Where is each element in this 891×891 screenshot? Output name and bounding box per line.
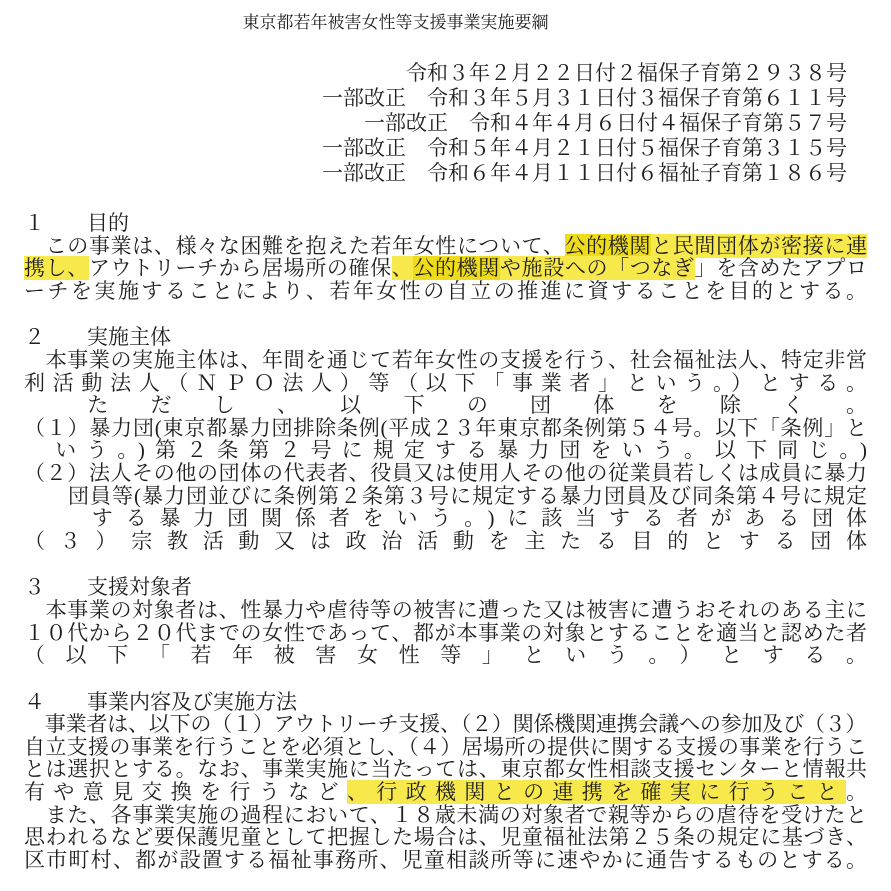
- revision-line: 一部改正 令和６年４月１１日付６福祉子育第１８６号: [24, 161, 847, 186]
- section-target: ３支援対象者 本事業の対象者は、性暴力や虐待等の被害に遭った又は被害に遭うおそれ…: [24, 576, 867, 666]
- section-number: ２: [24, 326, 45, 349]
- revision-block: 令和３年２月２２日付２福保子育第２９３８号一部改正 令和３年５月３１日付３福保子…: [24, 61, 867, 186]
- revision-line: 令和３年２月２２日付２福保子育第２９３８号: [24, 61, 847, 86]
- document-line: （２）法人その他の団体の代表者、役員又は使用人その他の従業員若しくは成員に暴力: [24, 462, 867, 485]
- section-content-method: ４事業内容及び実施方法 事業者は、以下の（１）アウトリーチ支援、（２）関係機関連…: [24, 691, 867, 872]
- text-segment: とは選択とする。なお、事業実施に当たっては、東京都女性相談支援センターと情報共: [24, 757, 867, 781]
- document-body: １目的 この事業は、様々な困難を抱えた若年女性について、公的機関と民間団体が密接…: [24, 212, 867, 871]
- highlighted-text: と民間団体が密接に連: [651, 234, 867, 258]
- document-line: 区市町村、都が設置する福祉事務所、児童相談所等に速やかに通告するものとする。: [24, 849, 867, 872]
- text-segment: １０代から２０代までの女性であって、都が本事業の対象とすることを適当と認めた者: [24, 621, 867, 645]
- document-line: １０代から２０代までの女性であって、都が本事業の対象とすることを適当と認めた者: [24, 622, 867, 645]
- document-line: ーチを実施することにより、若年女性の自立の推進に資することを目的とする。: [24, 280, 867, 303]
- document-line: ただし、以下の団体を除く。: [24, 394, 867, 417]
- document-line: また、各事業実施の過程において、１８歳未満の対象者で親等からの虐待を受けたと: [24, 804, 867, 827]
- text-segment: 団員等(暴力団並びに条例第２条第３号に規定する暴力団員及び同条第４号に規定: [24, 484, 867, 508]
- text-segment: 本事業の対象者は、性暴力や虐待等の被害に遭った又は被害に遭うおそれのある主に: [24, 598, 867, 622]
- text-segment: また、各事業実施の過程において、１８歳未満の対象者で親等からの虐待を受けたと: [24, 803, 867, 827]
- text-segment: 有や意見交換を行うなど: [24, 780, 347, 804]
- document-line: とは選択とする。なお、事業実施に当たっては、東京都女性相談支援センターと情報共: [24, 758, 867, 781]
- text-segment: する暴力団関係者をいう。)に該当する者がある団体: [24, 506, 867, 530]
- text-segment: いう。)第２条第２号に規定する暴力団をいう。以下同じ。): [24, 438, 867, 462]
- text-segment: （３）宗教活動又は政治活動を主たる目的とする団体: [24, 529, 867, 553]
- highlighted-text: や施設への「つなぎ: [500, 256, 695, 280]
- section-heading-text: 事業内容及び実施方法: [87, 690, 297, 714]
- text-segment: （１）暴力団(東京都暴力団排除条例(平成２３年東京都条例第５４号。以下「条例」と: [24, 416, 867, 440]
- document-line: 利活動法人（ＮＰＯ法人）等（以下「事業者」という。）とする。: [24, 372, 867, 395]
- document-line: いう。)第２条第２号に規定する暴力団をいう。以下同じ。): [24, 439, 867, 462]
- document-line: 本事業の実施主体は、年間を通じて若年女性の支援を行う、社会福祉法人、特定非営: [24, 349, 867, 372]
- text-segment: （２）法人その他の団体の代表者、役員又は使用人その他の従業員若しくは成員に暴力: [24, 461, 867, 485]
- section-operator: ２実施主体 本事業の実施主体は、年間を通じて若年女性の支援を行う、社会福祉法人、…: [24, 326, 867, 552]
- highlighted-text: 携し、: [24, 256, 89, 280]
- document-line: 思われるなど要保護児童として把握した場合は、児童福祉法第２５条の規定に基づき、: [24, 826, 867, 849]
- highlighted-text: 公的機関: [565, 234, 652, 258]
- text-segment: 事業者は、以下の（１）アウトリーチ支援、（２）関係機関連携会議への参加及び（３）: [24, 712, 866, 736]
- document-line: （３）宗教活動又は政治活動を主たる目的とする団体: [24, 530, 867, 553]
- text-segment: （以下「若年被害女性等」という。）とする。: [24, 643, 867, 667]
- document-line: （以下「若年被害女性等」という。）とする。: [24, 644, 867, 667]
- section-heading: ３支援対象者: [24, 576, 867, 599]
- revision-line: 一部改正 令和５年４月２１日付５福保子育第３１５号: [24, 136, 847, 161]
- document-title: 東京都若年被害女性等支援事業実施要綱: [24, 12, 867, 34]
- section-heading-text: 実施主体: [87, 325, 171, 349]
- text-segment: 区市町村、都が設置する福祉事務所、児童相談所等に速やかに通告するものとする。: [24, 848, 867, 872]
- text-segment: ただし、以下の団体を除く。: [24, 393, 867, 417]
- document-line: する暴力団関係者をいう。)に該当する者がある団体: [24, 507, 867, 530]
- revision-line: 一部改正 令和４年４月６日付４福保子育第５７号: [24, 111, 847, 136]
- text-segment: 利活動法人（ＮＰＯ法人）等（以下「事業者」という。）とする。: [24, 371, 867, 395]
- page: { "page": { "background": "#ffffff", "te…: [0, 0, 891, 891]
- text-segment: 自立支援の事業を行うことを必須とし、（４）居場所の提供に関する支援の事業を行うこ: [24, 735, 867, 759]
- section-heading: ４事業内容及び実施方法: [24, 691, 867, 714]
- section-number: １: [24, 212, 45, 235]
- highlighted-text: 、: [392, 256, 414, 280]
- document-line: 自立支援の事業を行うことを必須とし、（４）居場所の提供に関する支援の事業を行うこ: [24, 736, 867, 759]
- text-segment: 。: [846, 780, 867, 804]
- section-heading: ２実施主体: [24, 326, 867, 349]
- text-segment: 本事業の実施主体は、年間を通じて若年女性の支援を行う、社会福祉法人、特定非営: [24, 348, 867, 372]
- document-line: 事業者は、以下の（１）アウトリーチ支援、（２）関係機関連携会議への参加及び（３）: [24, 713, 867, 736]
- revision-line: 一部改正 令和３年５月３１日付３福保子育第６１１号: [24, 86, 847, 111]
- section-number: ３: [24, 576, 45, 599]
- text-segment: 」を含めたアプロ: [695, 256, 867, 280]
- highlighted-text: 、行政機関との連携を確実に行うこと: [347, 780, 846, 804]
- text-segment: ーチを実施することにより、若年女性の自立の推進に資することを目的とする。: [24, 279, 867, 303]
- document-line: （１）暴力団(東京都暴力団排除条例(平成２３年東京都条例第５４号。以下「条例」と: [24, 417, 867, 440]
- highlighted-text: 公的機関: [413, 256, 500, 280]
- document-line: 携し、アウトリーチから居場所の確保、公的機関や施設への「つなぎ」を含めたアプロ: [24, 257, 867, 280]
- text-segment: この事業は、様々な困難を抱えた若年女性について、: [24, 234, 565, 258]
- document-line: この事業は、様々な困難を抱えた若年女性について、公的機関と民間団体が密接に連: [24, 235, 867, 258]
- section-heading: １目的: [24, 212, 867, 235]
- document-line: 本事業の対象者は、性暴力や虐待等の被害に遭った又は被害に遭うおそれのある主に: [24, 599, 867, 622]
- section-heading-text: 目的: [87, 211, 129, 235]
- document: 東京都若年被害女性等支援事業実施要綱 令和３年２月２２日付２福保子育第２９３８号…: [0, 0, 891, 871]
- document-line: 有や意見交換を行うなど、行政機関との連携を確実に行うこと。: [24, 781, 867, 804]
- document-line: 団員等(暴力団並びに条例第２条第３号に規定する暴力団員及び同条第４号に規定: [24, 485, 867, 508]
- section-number: ４: [24, 691, 45, 714]
- text-segment: アウトリーチから居場所の確保: [89, 256, 392, 280]
- text-segment: 思われるなど要保護児童として把握した場合は、児童福祉法第２５条の規定に基づき、: [24, 825, 867, 849]
- section-heading-text: 支援対象者: [87, 575, 192, 599]
- section-purpose: １目的 この事業は、様々な困難を抱えた若年女性について、公的機関と民間団体が密接…: [24, 212, 867, 302]
